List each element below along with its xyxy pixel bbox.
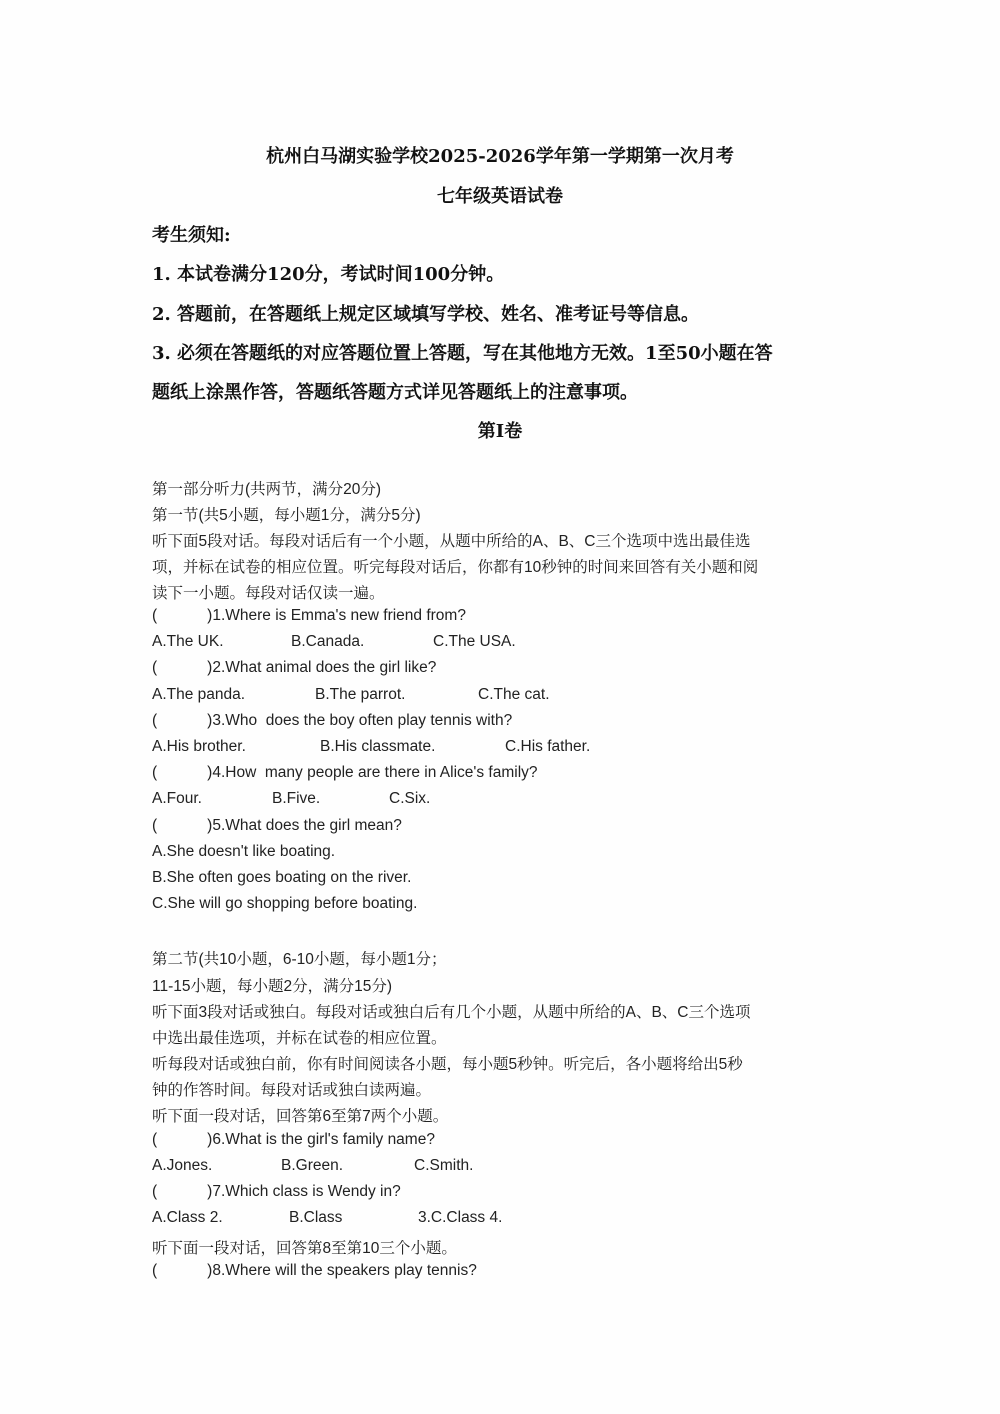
question-5: ()5.What does the girl mean? (152, 817, 402, 835)
answer-blank[interactable] (157, 1184, 207, 1200)
notice-heading: 考生须知: (152, 221, 231, 247)
exam-title: 杭州白马湖实验学校2025-2026学年第一学期第一次月考 (0, 142, 1000, 168)
q5-option-a: A.She doesn't like boating. (152, 843, 335, 861)
q3-option-c: C.His father. (505, 738, 590, 756)
answer-blank[interactable] (157, 765, 207, 781)
exam-subtitle: 七年级英语试卷 (0, 182, 1000, 208)
section1-instructions-3: 读下一小题。每段对话仅读一遍。 (152, 581, 385, 603)
section1-instructions-1: 听下面5段对话。每段对话后有一个小题，从题中所给的A、B、C三个选项中选出最佳选 (152, 529, 751, 551)
q6-option-c: C.Smith. (414, 1157, 473, 1175)
q5-option-c: C.She will go shopping before boating. (152, 895, 417, 913)
q5-option-b: B.She often goes boating on the river. (152, 869, 411, 887)
q4-option-c: C.Six. (389, 790, 430, 808)
section1-title: 第一节(共5小题，每小题1分，满分5分) (152, 503, 421, 525)
q7-option-c: 3.C.Class 4. (418, 1209, 502, 1227)
q6-option-a: A.Jones. (152, 1157, 212, 1175)
section1-instructions-2: 项，并标在试卷的相应位置。听完每段对话后，你都有10秒钟的时间来回答有关小题和阅 (152, 555, 758, 577)
question-text: )4.How many people are there in Alice's … (207, 764, 537, 781)
answer-blank[interactable] (157, 1263, 207, 1279)
section2-instructions-1: 听下面3段对话或独白。每段对话或独白后有几个小题，从题中所给的A、B、C三个选项 (152, 1000, 751, 1022)
question-6: ()6.What is the girl's family name? (152, 1131, 435, 1149)
notice-item-1: 1. 本试卷满分120分，考试时间100分钟。 (152, 260, 504, 286)
question-3: ()3.Who does the boy often play tennis w… (152, 712, 512, 730)
dialog1-intro: 听下面一段对话，回答第6至第7两个小题。 (152, 1104, 448, 1126)
answer-blank[interactable] (157, 818, 207, 834)
question-4: ()4.How many people are there in Alice's… (152, 764, 538, 782)
q2-option-c: C.The cat. (478, 686, 550, 704)
dialog2-intro: 听下面一段对话，回答第8至第10三个小题。 (152, 1236, 457, 1258)
answer-blank[interactable] (157, 713, 207, 729)
question-text: )7.Which class is Wendy in? (207, 1183, 401, 1200)
answer-blank[interactable] (157, 660, 207, 676)
question-text: )6.What is the girl's family name? (207, 1131, 435, 1148)
q4-option-a: A.Four. (152, 790, 202, 808)
q6-option-b: B.Green. (281, 1157, 343, 1175)
question-text: )1.Where is Emma's new friend from? (207, 607, 466, 624)
q7-option-b: B.Class (289, 1209, 342, 1227)
volume-title: 第I卷 (0, 417, 1000, 443)
notice-item-2: 2. 答题前，在答题纸上规定区域填写学校、姓名、准考证号等信息。 (152, 300, 699, 326)
question-1: ()1.Where is Emma's new friend from? (152, 607, 466, 625)
q4-option-b: B.Five. (272, 790, 320, 808)
q2-option-a: A.The panda. (152, 686, 245, 704)
q7-option-a: A.Class 2. (152, 1209, 223, 1227)
section2-instructions-3: 听每段对话或独白前，你有时间阅读各小题，每小题5秒钟。听完后，各小题将给出5秒 (152, 1052, 743, 1074)
question-text: )3.Who does the boy often play tennis wi… (207, 712, 512, 729)
exam-page: 杭州白马湖实验学校2025-2026学年第一学期第一次月考 七年级英语试卷 考生… (0, 0, 1000, 1414)
q1-option-b: B.Canada. (291, 633, 364, 651)
section2-instructions-2: 中选出最佳选项，并标在试卷的相应位置。 (152, 1026, 447, 1048)
question-text: )2.What animal does the girl like? (207, 659, 436, 676)
q3-option-b: B.His classmate. (320, 738, 435, 756)
section2-instructions-4: 钟的作答时间。每段对话或独白读两遍。 (152, 1078, 431, 1100)
question-text: )5.What does the girl mean? (207, 817, 402, 834)
q3-option-a: A.His brother. (152, 738, 246, 756)
question-2: ()2.What animal does the girl like? (152, 659, 436, 677)
question-8: ()8.Where will the speakers play tennis? (152, 1262, 477, 1280)
section2-title-line1: 第二节(共10小题，6-10小题，每小题1分； (152, 947, 447, 969)
notice-item-3-cont: 题纸上涂黑作答，答题纸答题方式详见答题纸上的注意事项。 (152, 378, 638, 404)
q1-option-c: C.The USA. (433, 633, 516, 651)
notice-item-3: 3. 必须在答题纸的对应答题位置上答题，写在其他地方无效。1至50小题在答 (152, 339, 773, 365)
question-7: ()7.Which class is Wendy in? (152, 1183, 401, 1201)
question-text: )8.Where will the speakers play tennis? (207, 1262, 477, 1279)
q1-option-a: A.The UK. (152, 633, 224, 651)
q2-option-b: B.The parrot. (315, 686, 405, 704)
answer-blank[interactable] (157, 1132, 207, 1148)
answer-blank[interactable] (157, 608, 207, 624)
part1-title: 第一部分听力(共两节，满分20分) (152, 477, 381, 499)
section2-title-line2: 11-15小题，每小题2分，满分15分) (152, 974, 392, 996)
